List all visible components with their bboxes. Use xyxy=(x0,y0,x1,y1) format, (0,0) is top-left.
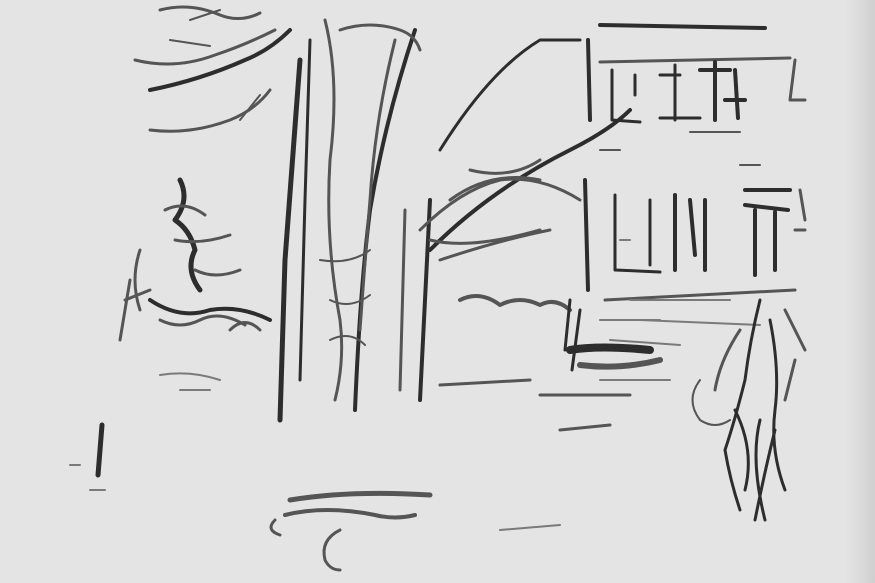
foliage-top-left xyxy=(120,7,290,340)
tree-trunks xyxy=(280,20,430,420)
standing-figure xyxy=(693,300,806,520)
ground-marks xyxy=(70,373,560,570)
branches xyxy=(420,40,630,260)
building xyxy=(585,25,805,325)
garden-hedge xyxy=(440,296,680,430)
sketch-canvas xyxy=(0,0,875,583)
sketch-drawing xyxy=(0,0,875,583)
